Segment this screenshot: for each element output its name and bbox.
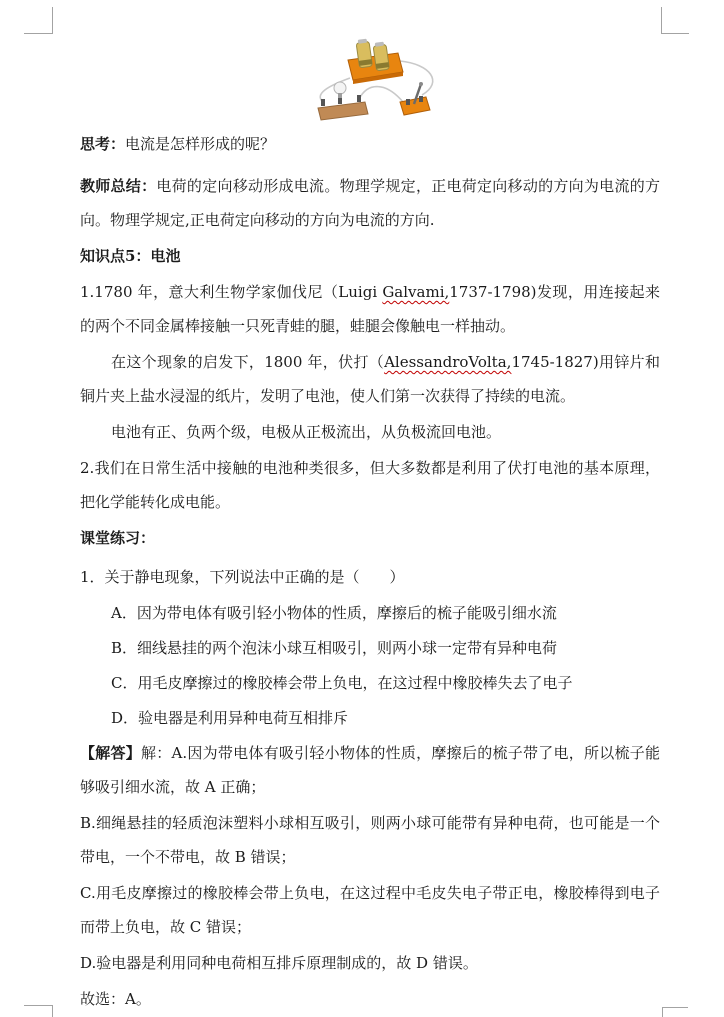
teacher-summary-text: 电荷的定向移动形成电流。物理学规定，正电荷定向移动的方向为电流的方向。物理学规定…: [80, 177, 660, 229]
answer-paragraph-d: D.验电器是利用同种电荷相互排斥原理制成的，故 D 错误。: [80, 946, 660, 980]
document-body: 思考：电流是怎样形成的呢？ 教师总结：电荷的定向移动形成电流。物理学规定，正电荷…: [80, 127, 660, 1017]
paragraph-teacher-summary: 教师总结：电荷的定向移动形成电流。物理学规定，正电荷定向移动的方向为电流的方向。…: [80, 169, 660, 237]
paragraph-battery-poles: 电池有正、负两个级，电极从正极流出，从负极流回电池。: [80, 415, 660, 449]
circuit-illustration: [310, 36, 450, 128]
crop-mark-bottom-right: [662, 1007, 688, 1017]
crop-mark-bottom-left: [24, 1005, 53, 1017]
option-c: C．用毛皮摩擦过的橡胶棒会带上负电，在这过程中橡胶棒失去了电子: [80, 666, 660, 700]
paragraph-think: 思考：电流是怎样形成的呢？: [80, 127, 660, 161]
answer-paragraph-a: 【解答】解：A.因为带电体有吸引轻小物体的性质，摩擦后的梳子带了电，所以梳子能够…: [80, 736, 660, 804]
battery-poles-text: 电池有正、负两个级，电极从正极流出，从负极流回电池。: [111, 423, 501, 441]
light-bulb-icon: [334, 82, 346, 98]
option-d: D．验电器是利用异种电荷互相排斥: [80, 701, 660, 735]
heading-class-practice: 课堂练习：: [80, 521, 660, 555]
option-b: B．细线悬挂的两个泡沫小球互相吸引，则两小球一定带有异种电荷: [80, 631, 660, 665]
option-a-text: A．因为带电体有吸引轻小物体的性质，摩擦后的梳子能吸引细水流: [111, 604, 557, 622]
option-a: A．因为带电体有吸引轻小物体的性质，摩擦后的梳子能吸引细水流: [80, 596, 660, 630]
paragraph-volta: 在这个现象的启发下，1800 年，伏打（AlessandroVolta,1745…: [80, 345, 660, 413]
knife-switch: [400, 82, 430, 115]
question-1-text: 1．关于静电现象，下列说法中正确的是（ ）: [80, 568, 405, 586]
option-d-text: D．验电器是利用异种电荷互相排斥: [111, 709, 348, 727]
answer-paragraph-b: B.细绳悬挂的轻质泡沫塑料小球相互吸引，则两小球可能带有异种电荷，也可能是一个带…: [80, 806, 660, 874]
paragraph-galvani: 1.1780 年，意大利生物学家伽伐尼（Luigi Galvami,1737-1…: [80, 275, 660, 343]
battery-pack: [348, 38, 403, 84]
knowledge-point-title: 知识点5：电池: [80, 247, 180, 265]
crop-mark-top-right: [661, 7, 689, 34]
bulb-board: [318, 82, 368, 120]
answer-c-text: C.用毛皮摩擦过的橡胶棒会带上负电，在这过程中毛皮失电子带正电，橡胶棒得到电子而…: [80, 884, 660, 936]
crop-mark-top-left: [24, 7, 53, 34]
conclusion: 故选：A。: [80, 982, 660, 1016]
think-text: 电流是怎样形成的呢？: [125, 135, 275, 153]
answer-a-text: 解：A.因为带电体有吸引轻小物体的性质，摩擦后的梳子带了电，所以梳子能够吸引细水…: [80, 744, 660, 796]
document-page: 思考：电流是怎样形成的呢？ 教师总结：电荷的定向移动形成电流。物理学规定，正电荷…: [0, 0, 724, 1017]
answer-label: 【解答】: [80, 744, 141, 762]
answer-b-text: B.细绳悬挂的轻质泡沫塑料小球相互吸引，则两小球可能带有异种电荷，也可能是一个带…: [80, 814, 660, 866]
think-label: 思考：: [80, 135, 125, 153]
volta-spellcheck-word: AlessandroVolta,: [384, 353, 511, 371]
class-practice-title: 课堂练习：: [80, 529, 155, 547]
option-b-text: B．细线悬挂的两个泡沫小球互相吸引，则两小球一定带有异种电荷: [111, 639, 557, 657]
galvani-text-1: 1.1780 年，意大利生物学家伽伐尼（Luigi: [80, 283, 382, 301]
volta-text-1: 在这个现象的启发下，1800 年，伏打（: [111, 353, 384, 371]
answer-d-text: D.验电器是利用同种电荷相互排斥原理制成的，故 D 错误。: [80, 954, 478, 972]
option-c-text: C．用毛皮摩擦过的橡胶棒会带上负电，在这过程中橡胶棒失去了电子: [111, 674, 572, 692]
question-1: 1．关于静电现象，下列说法中正确的是（ ）: [80, 560, 660, 594]
galvani-spellcheck-word: Galvami,: [382, 283, 449, 301]
heading-knowledge-point-5: 知识点5：电池: [80, 239, 660, 273]
conclusion-text: 故选：A。: [80, 990, 151, 1008]
daily-batteries-text: 2.我们在日常生活中接触的电池种类很多，但大多数都是利用了伏打电池的基本原理，把…: [80, 459, 660, 511]
answer-paragraph-c: C.用毛皮摩擦过的橡胶棒会带上负电，在这过程中毛皮失电子带正电，橡胶棒得到电子而…: [80, 876, 660, 944]
paragraph-daily-batteries: 2.我们在日常生活中接触的电池种类很多，但大多数都是利用了伏打电池的基本原理，把…: [80, 451, 660, 519]
teacher-summary-label: 教师总结：: [80, 177, 156, 195]
